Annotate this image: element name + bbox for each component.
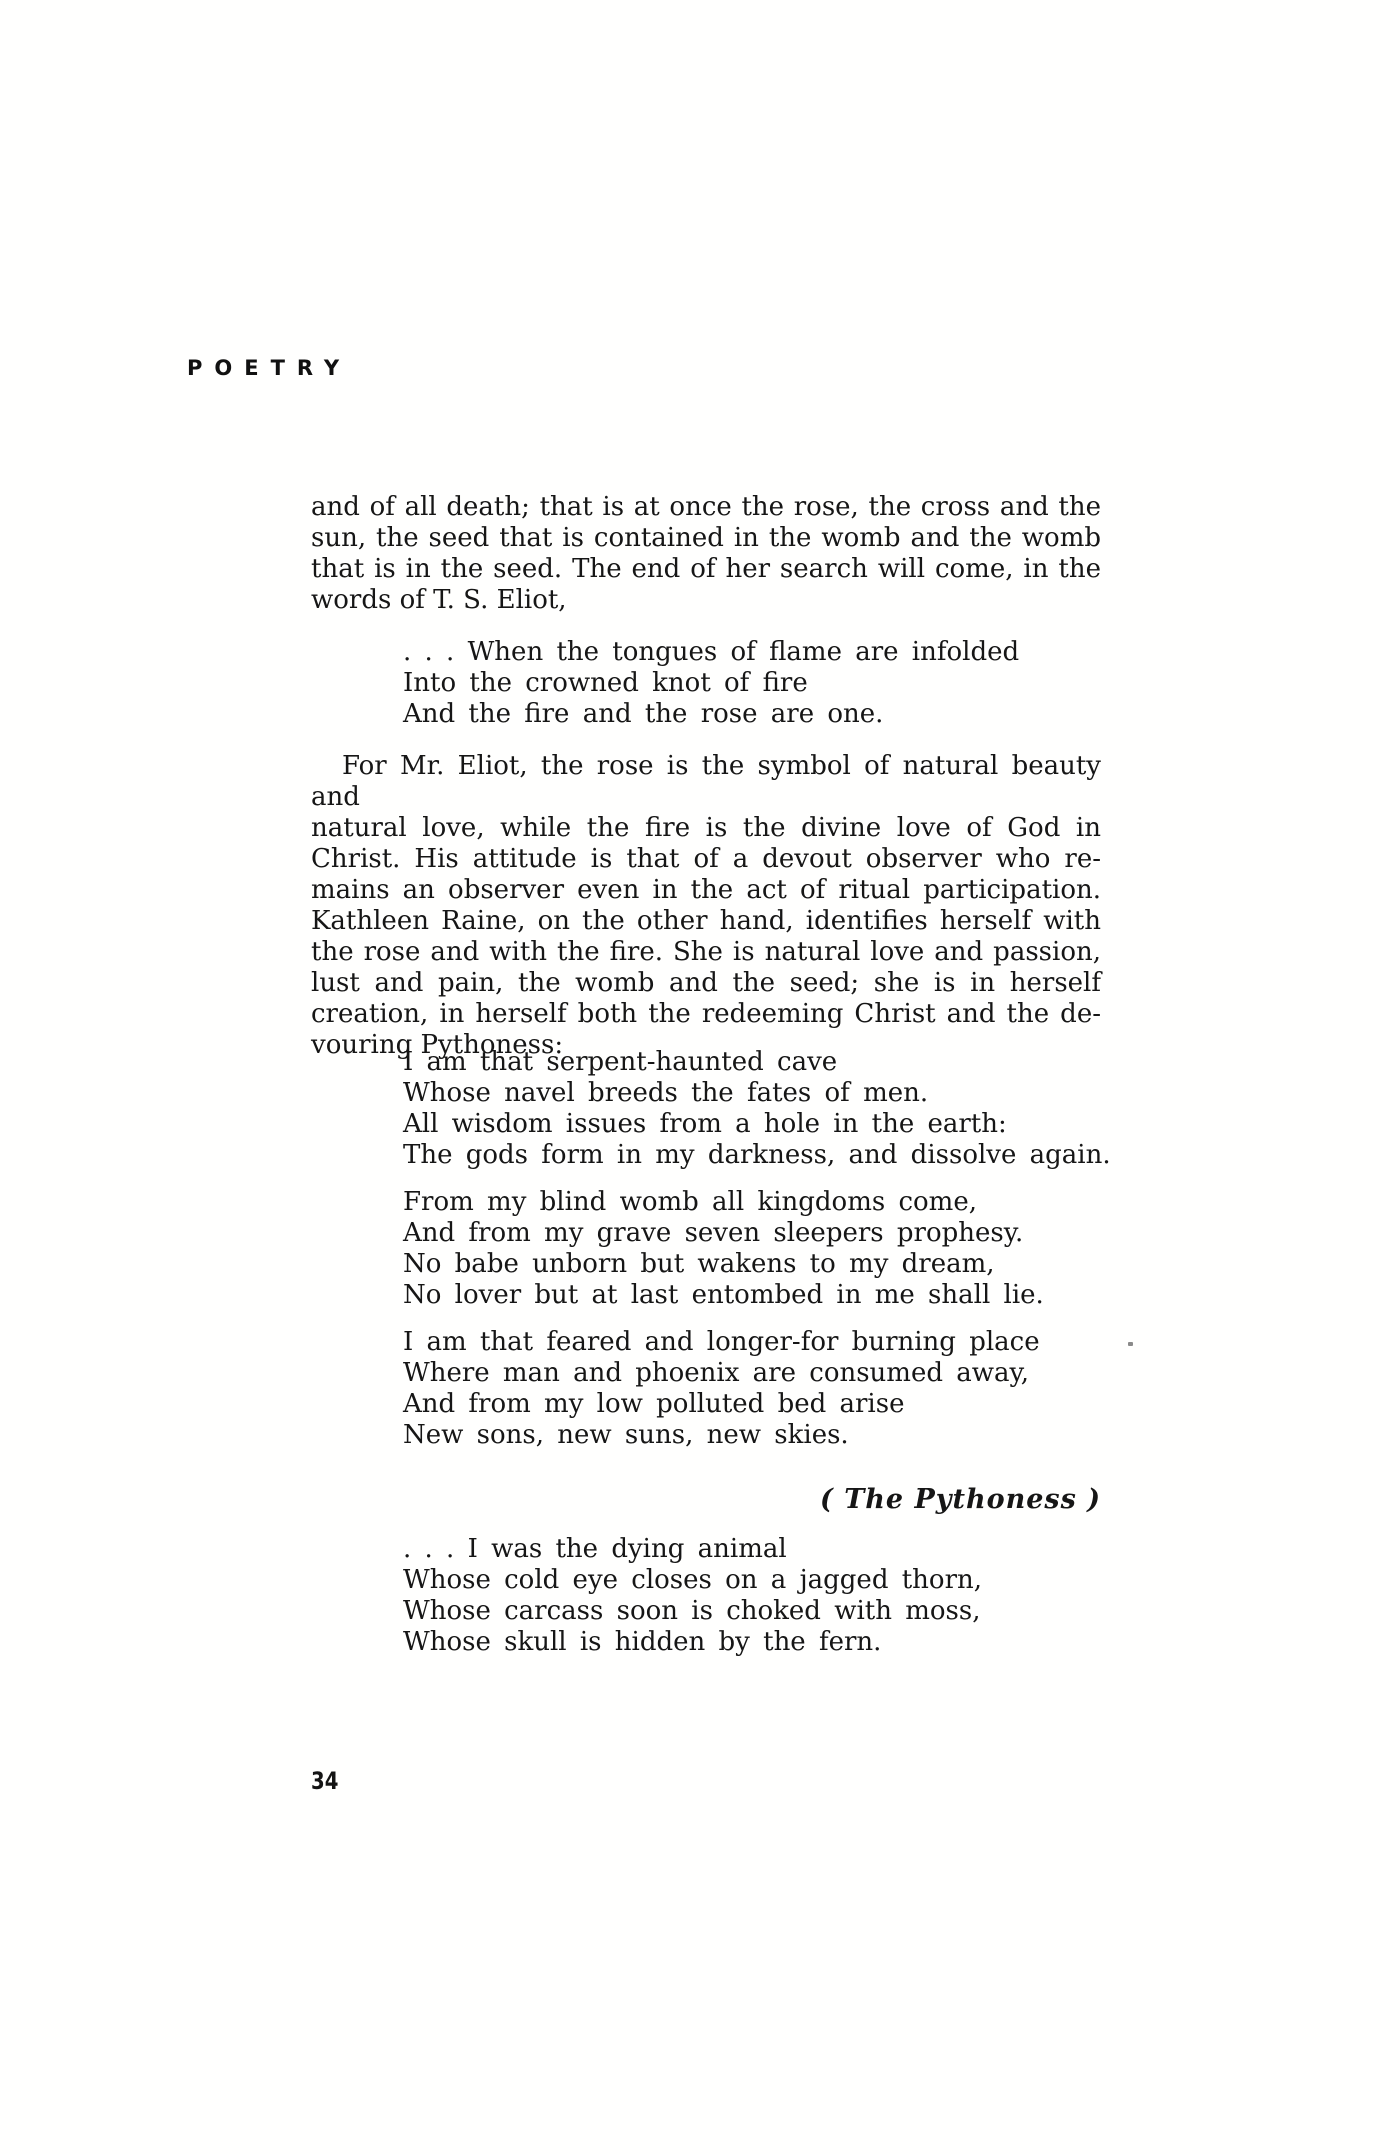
poem-line: And from my low polluted bed arise bbox=[403, 1389, 1123, 1420]
body-paragraph-2: For Mr. Eliot, the rose is the symbol of… bbox=[311, 751, 1101, 1061]
paragraph-line: creation, in herself both the redeeming … bbox=[311, 999, 1101, 1030]
paragraph-line: Kathleen Raine, on the other hand, ident… bbox=[311, 906, 1101, 937]
paragraph-line: For Mr. Eliot, the rose is the symbol of… bbox=[311, 751, 1101, 813]
blockquote-eliot: . . . When the tongues of flame are info… bbox=[403, 637, 1123, 730]
poem-line: . . . I was the dying animal bbox=[403, 1534, 1123, 1565]
poem-line: I am that feared and longer-for burning … bbox=[403, 1327, 1123, 1358]
poem-line: Where man and phoenix are consumed away, bbox=[403, 1358, 1123, 1389]
poem-line: Whose navel breeds the fates of men. bbox=[403, 1078, 1123, 1109]
poem-stanza-1: I am that serpent-haunted cave Whose nav… bbox=[403, 1047, 1123, 1171]
poetry-running-head: POETRY bbox=[187, 358, 351, 379]
paragraph-line: lust and pain, the womb and the seed; sh… bbox=[311, 968, 1101, 999]
poem-line: No lover but at last entombed in me shal… bbox=[403, 1280, 1123, 1311]
paragraph-line: that is in the seed. The end of her sear… bbox=[311, 554, 1101, 585]
quote-line: Into the crowned knot of fire bbox=[403, 668, 1123, 699]
poem-line: And from my grave seven sleepers prophes… bbox=[403, 1218, 1123, 1249]
poem-stanza-3: I am that feared and longer-for burning … bbox=[403, 1327, 1123, 1451]
poem-line: New sons, new suns, new skies. bbox=[403, 1420, 1123, 1451]
poem-line: From my blind womb all kingdoms come, bbox=[403, 1187, 1123, 1218]
paragraph-line: the rose and with the fire. She is natur… bbox=[311, 937, 1101, 968]
poem-line: I am that serpent-haunted cave bbox=[403, 1047, 1123, 1078]
page-number: 34 bbox=[311, 1769, 338, 1793]
body-paragraph-1: and of all death; that is at once the ro… bbox=[311, 492, 1101, 616]
ink-speck bbox=[1128, 1342, 1133, 1346]
quote-line: And the fire and the rose are one. bbox=[403, 699, 1123, 730]
paragraph-line: and of all death; that is at once the ro… bbox=[311, 492, 1101, 523]
poem-line: Whose cold eye closes on a jagged thorn, bbox=[403, 1565, 1123, 1596]
poem-line: The gods form in my darkness, and dissol… bbox=[403, 1140, 1123, 1171]
paragraph-line: words of T. S. Eliot, bbox=[311, 585, 1101, 616]
paragraph-line: Christ. His attitude is that of a devout… bbox=[311, 844, 1101, 875]
poem-stanza-4: . . . I was the dying animal Whose cold … bbox=[403, 1534, 1123, 1658]
poem-attribution: ( The Pythoness ) bbox=[311, 1484, 1101, 1515]
paragraph-line: mains an observer even in the act of rit… bbox=[311, 875, 1101, 906]
quote-line: . . . When the tongues of flame are info… bbox=[403, 637, 1123, 668]
poem-stanza-2: From my blind womb all kingdoms come, An… bbox=[403, 1187, 1123, 1311]
paragraph-line: sun, the seed that is contained in the w… bbox=[311, 523, 1101, 554]
poem-line: No babe unborn but wakens to my dream, bbox=[403, 1249, 1123, 1280]
poem-line: Whose skull is hidden by the fern. bbox=[403, 1627, 1123, 1658]
poem-line: All wisdom issues from a hole in the ear… bbox=[403, 1109, 1123, 1140]
scanned-book-page: POETRY and of all death; that is at once… bbox=[0, 0, 1400, 2154]
paragraph-line: natural love, while the fire is the divi… bbox=[311, 813, 1101, 844]
poem-line: Whose carcass soon is choked with moss, bbox=[403, 1596, 1123, 1627]
